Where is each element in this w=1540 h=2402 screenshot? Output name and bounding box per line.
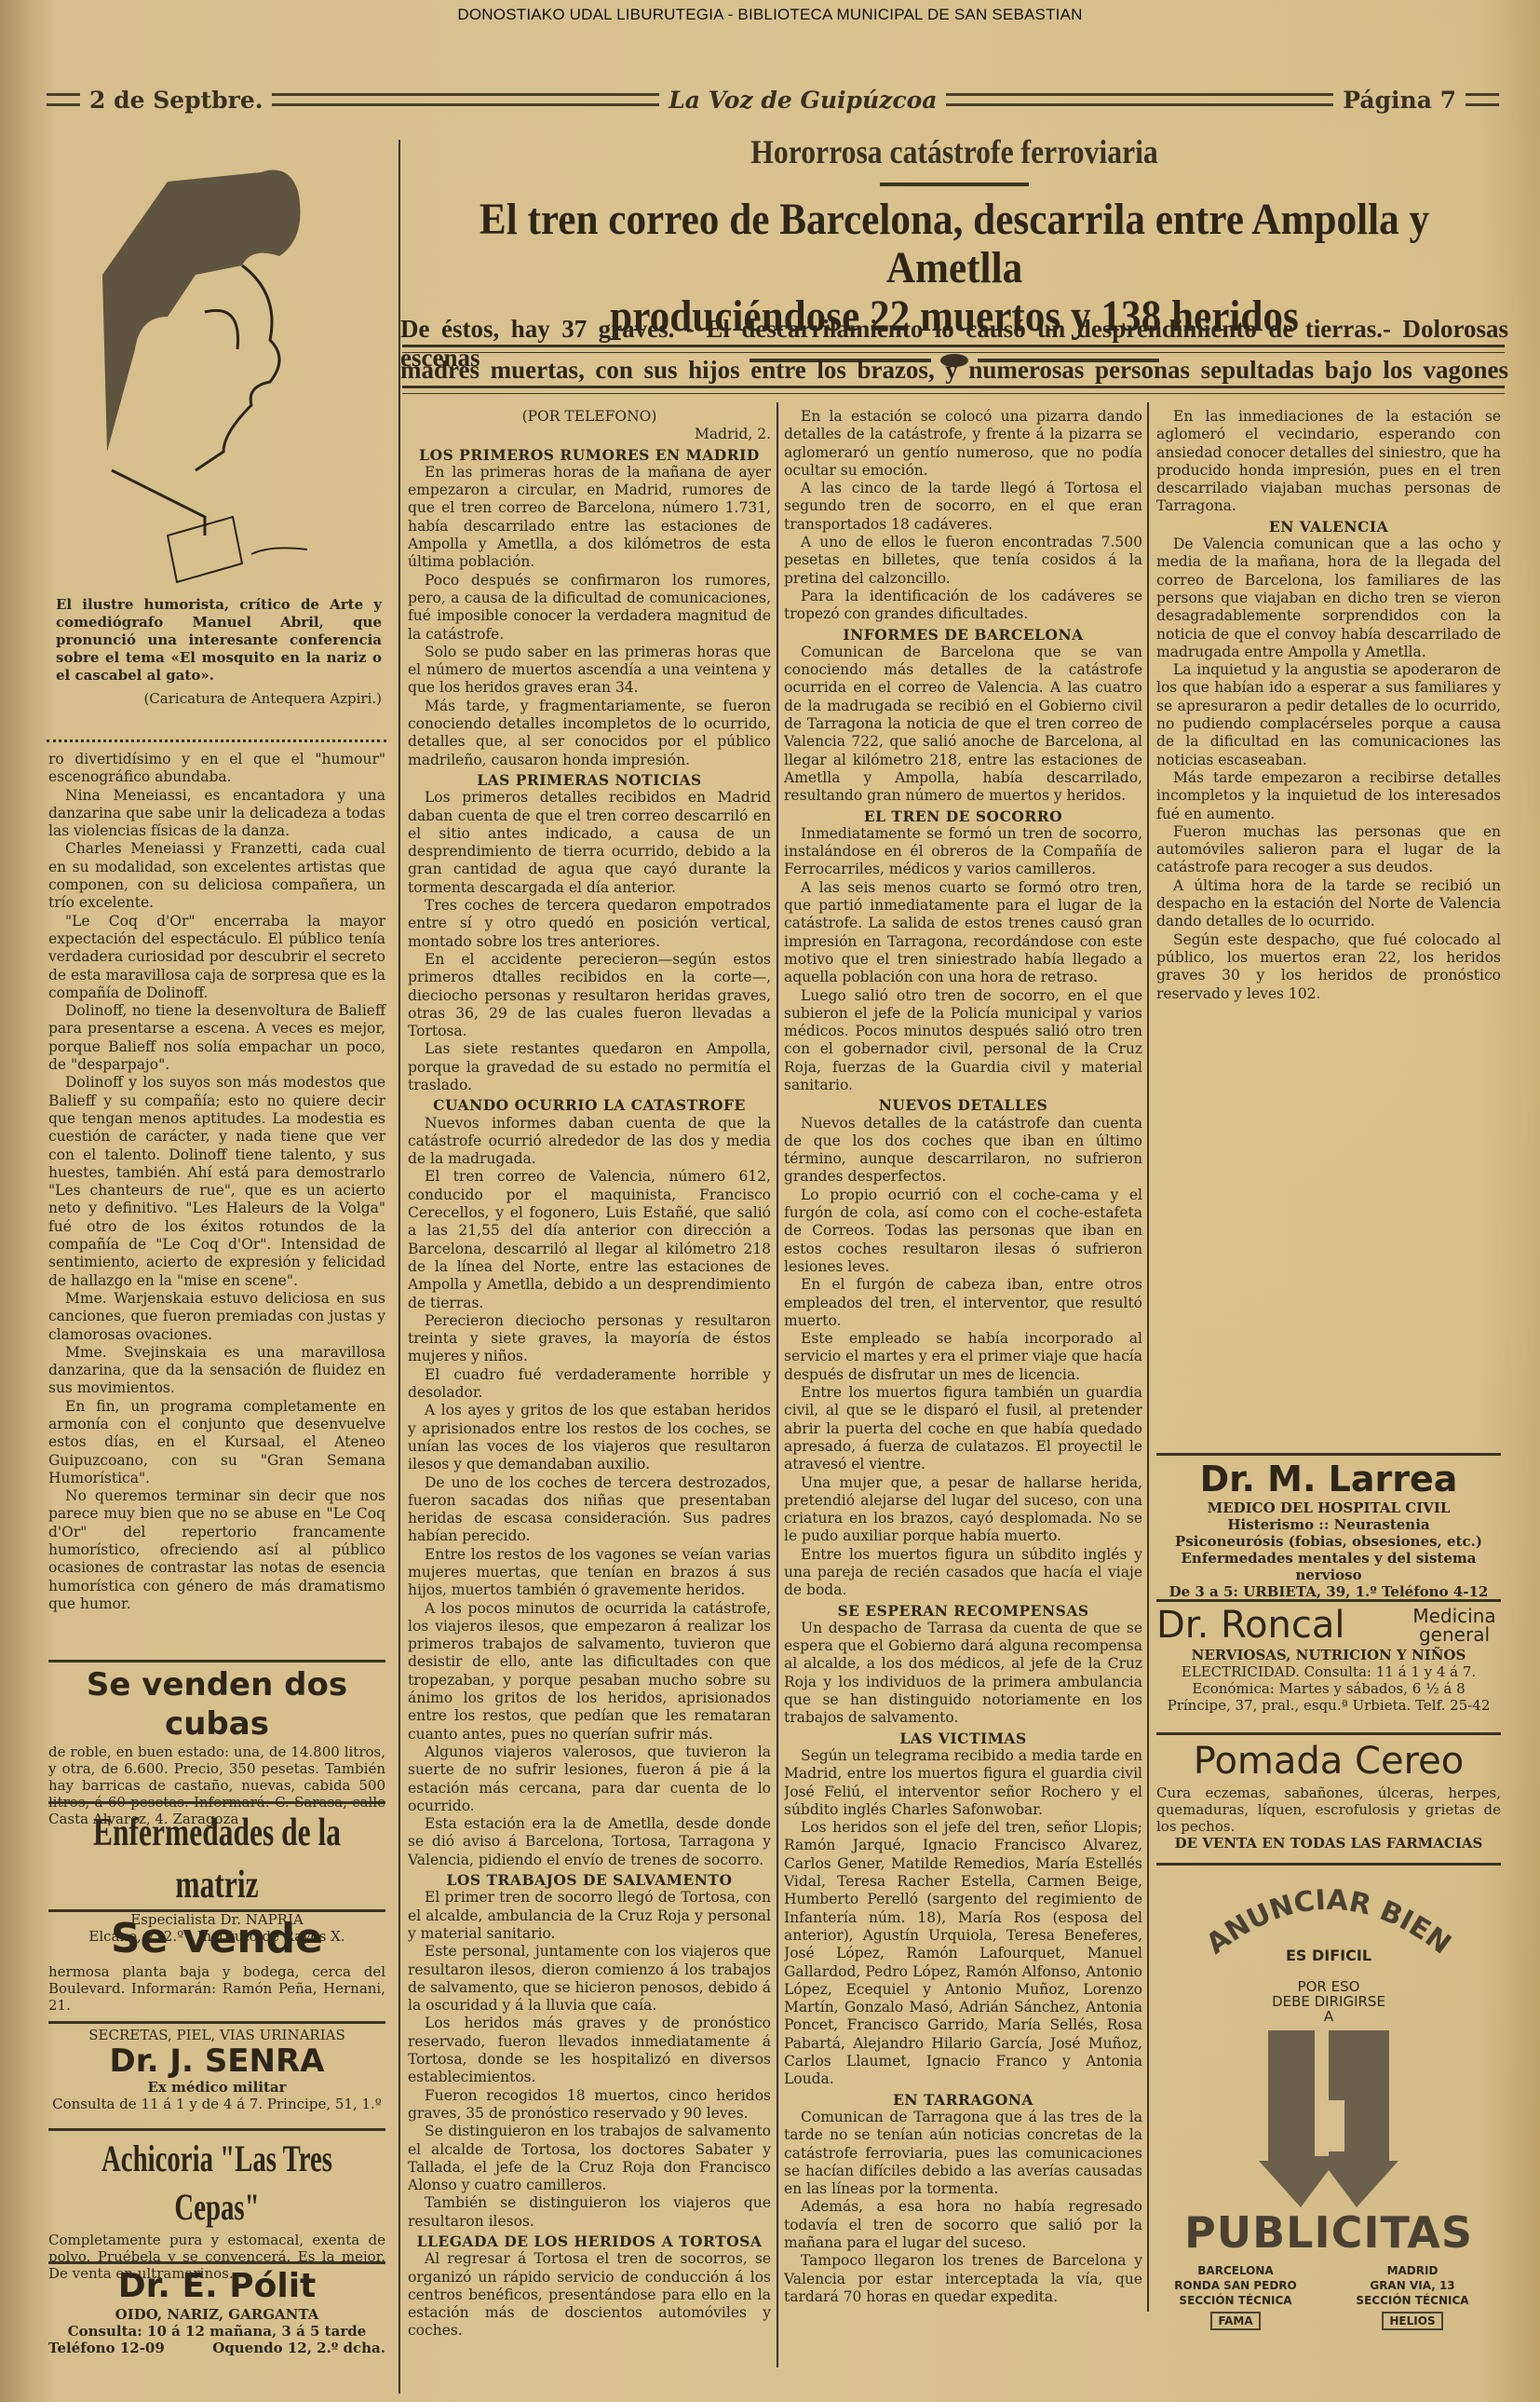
article-paragraph: Se distinguieron en los trabajos de salv…: [408, 2123, 771, 2194]
column-divider: [777, 402, 778, 2368]
ad-publicitas: ANUNCIAR BIEN ES DIFICIL POR ESO DEBE DI…: [1156, 1872, 1501, 2394]
column-divider: [1147, 402, 1149, 2312]
article-paragraph: Inmediatamente se formó un tren de socor…: [784, 825, 1142, 879]
ad-divider: [1156, 1863, 1501, 1869]
ad-title: Dr. M. Larrea: [1156, 1459, 1501, 1500]
review-paragraph: Dolinoff, no tiene la desenvoltura de Ba…: [48, 1002, 385, 1074]
article-paragraph: El primer tren de socorro llegó de Torto…: [408, 1889, 771, 1943]
ad-line: DEBE DIRIGIRSE: [1156, 1994, 1501, 2009]
office-dept: SECCIÓN TÉCNICA: [1156, 2293, 1315, 2308]
section-heading: LAS VICTIMAS: [784, 1730, 1142, 1747]
section-heading: EN VALENCIA: [1156, 518, 1501, 536]
masthead-rule: [272, 93, 659, 106]
ad-line: ELECTRICIDAD. Consulta: 11 á 1 y 4 á 7.: [1156, 1663, 1501, 1680]
review-column: ro divertidísimo y en el que el "humour"…: [48, 751, 385, 1613]
article-paragraph: Los heridos son el jefe del tren, señor …: [784, 1819, 1142, 2088]
ad-brand: PUBLICITAS: [1156, 2207, 1501, 2258]
office-madrid: MADRID GRAN VIA, 13 SECCIÓN TÉCNICA HELI…: [1333, 2263, 1492, 2330]
article-paragraph: Entre los muertos figura un súbdito ingl…: [784, 1546, 1142, 1600]
arc-text: ANUNCIAR BIEN: [1156, 1872, 1501, 1984]
article-paragraph: De Valencia comunican que a las ocho y m…: [1156, 536, 1501, 661]
office-address: GRAN VIA, 13: [1333, 2278, 1492, 2293]
review-paragraph: Nina Meneiassi, es encantadora y una dan…: [48, 787, 385, 841]
ad-phone: Teléfono 12-09: [48, 2340, 165, 2356]
ad-specialty: OIDO, NARIZ, GARGANTA: [48, 2306, 385, 2323]
article-paragraph: En las inmediaciones de la estación se a…: [1156, 408, 1501, 516]
article-paragraph: Poco después se confirmaron los rumores,…: [408, 572, 771, 644]
ad-line: Histerismo :: Neurastenia: [1156, 1516, 1501, 1533]
article-paragraph: Más tarde empezaron a recibirse detalles…: [1156, 769, 1501, 823]
ad-line: A: [1156, 2009, 1501, 2024]
section-heading: LAS PRIMERAS NOTICIAS: [408, 771, 771, 789]
review-paragraph: En fin, un programa completamente en arm…: [48, 1398, 385, 1487]
review-paragraph: ro divertidísimo y en el que el "humour"…: [48, 751, 385, 787]
ad-line: De 3 a 5: URBIETA, 39, 1.º Teléfono 4-12: [1156, 1583, 1501, 1600]
article-paragraph: Para la identificación de los cadáveres …: [784, 588, 1142, 624]
article-paragraph: En el accidente perecieron—según estos p…: [408, 951, 771, 1040]
article-paragraph: A los pocos minutos de ocurrida la catás…: [408, 1600, 771, 1744]
headline-kicker: Hororrosa catástrofe ferroviaria: [466, 132, 1441, 171]
headline-title-1: El tren correo de Barcelona, descarrila …: [456, 196, 1453, 292]
article-paragraph: A las seis menos cuarto se formó otro tr…: [784, 879, 1142, 987]
ad-body: hermosa planta baja y bodega, cerca del …: [48, 1963, 385, 2014]
ad-polit: Dr. E. Pólit OIDO, NARIZ, GARGANTA Consu…: [48, 2267, 385, 2356]
article-paragraph: Fueron recogidos 18 muertos, cinco herid…: [408, 2087, 771, 2124]
ad-title: Achicoria "Las Tres Cepas": [96, 2135, 339, 2232]
office-badge: HELIOS: [1382, 2312, 1442, 2330]
ad-title: Dr. J. SENRA: [48, 2043, 385, 2079]
ad-pomada: Pomada Cereo Cura eczemas, sabañones, úl…: [1156, 1738, 1501, 1852]
article-paragraph: Los primeros detalles recibidos en Madri…: [408, 789, 771, 897]
ad-line: Económica: Martes y sábados, 6 ½ á 8: [1156, 1680, 1501, 1697]
section-heading: LOS TRABAJOS DE SALVAMENTO: [408, 1871, 771, 1889]
review-paragraph: Mme. Warjenskaia estuvo deliciosa en sus…: [48, 1290, 385, 1344]
office-barcelona: BARCELONA RONDA SAN PEDRO SECCIÓN TÉCNIC…: [1156, 2263, 1315, 2330]
subhead-rule: [402, 345, 1505, 353]
caption-text: El ilustre humorista, crítico de Arte y …: [56, 596, 382, 685]
article-paragraph: Más tarde, y fragmentariamente, se fuero…: [408, 698, 771, 769]
section-heading: LOS PRIMEROS RUMORES EN MADRID: [408, 446, 771, 464]
article-paragraph: El tren correo de Valencia, número 612, …: [408, 1168, 771, 1311]
article-paragraph: También se distinguieron los viajeros qu…: [408, 2194, 771, 2231]
article-paragraph: En el furgón de cabeza iban, entre otros…: [784, 1276, 1142, 1330]
ad-body: Consulta de 11 á 1 y de 4 á 7. Principe,…: [48, 2096, 385, 2112]
ad-line: ES DIFICIL: [1156, 1947, 1501, 1964]
section-heading: LLEGADA DE LOS HERIDOS A TORTOSA: [408, 2232, 771, 2250]
section-heading: EN TARRAGONA: [784, 2091, 1142, 2109]
article-paragraph: El cuadro fué verdaderamente horrible y …: [408, 1366, 771, 1403]
ad-address: Oquendo 12, 2.º dcha.: [212, 2340, 385, 2356]
section-heading: CUANDO OCURRIO LA CATASTROFE: [408, 1096, 771, 1114]
ad-body: Cura eczemas, sabañones, úlceras, herpes…: [1156, 1785, 1501, 1835]
ad-line: POR ESO: [1156, 1979, 1501, 1994]
article-paragraph: Este empleado se había incorporado al se…: [784, 1330, 1142, 1384]
office-city: MADRID: [1333, 2263, 1492, 2278]
ad-senra: SECRETAS, PIEL, VIAS URINARIAS Dr. J. SE…: [48, 2027, 385, 2112]
review-paragraph: No queremos terminar sin decir que nos p…: [48, 1487, 385, 1613]
masthead-rule: [946, 93, 1333, 106]
ad-title: Dr. E. Pólit: [48, 2267, 385, 2306]
ad-header: Dr. Roncal Medicina general: [1156, 1604, 1501, 1647]
article-paragraph: Nuevos detalles de la catástrofe dan cue…: [784, 1115, 1142, 1187]
article-paragraph: Comunican de Barcelona que se van conoci…: [784, 644, 1142, 806]
review-paragraph: Charles Meneiassi y Franzetti, cada cual…: [48, 840, 385, 912]
ad-se-vende: Se vende hermosa planta baja y bodega, c…: [48, 1915, 385, 2014]
ad-subtitle: Ex médico militar: [48, 2079, 385, 2096]
wavy-divider: [47, 734, 386, 742]
ad-line: Psiconeurósis (fobias, obsesiones, etc.)…: [1156, 1533, 1501, 1583]
article-paragraph: En las primeras horas de la mañana de ay…: [408, 464, 771, 572]
article-column-2: En la estación se colocó una pizarra dan…: [784, 408, 1142, 2373]
ad-divider: [48, 2128, 385, 2135]
review-paragraph: Dolinoff y los suyos son más modestos qu…: [48, 1074, 385, 1290]
article-paragraph: Perecieron dieciocho personas y resultar…: [408, 1312, 771, 1366]
section-heading: NUEVOS DETALLES: [784, 1096, 1142, 1114]
article-paragraph: Tres coches de tercera quedaron empotrad…: [408, 897, 771, 951]
subheadline-2: madres muertas, con sus hijos entre los …: [400, 356, 1508, 385]
ad-title: Se venden dos cubas: [48, 1665, 385, 1744]
office-address: RONDA SAN PEDRO: [1156, 2278, 1315, 2293]
article-paragraph: Lo propio ocurrió con el coche-cama y el…: [784, 1187, 1142, 1276]
article-paragraph: A las cinco de la tarde llegó á Tortosa …: [784, 480, 1142, 534]
ad-contact: Teléfono 12-09 Oquendo 12, 2.º dcha.: [48, 2340, 385, 2356]
review-paragraph: "Le Coq d'Or" encerraba la mayor expecta…: [48, 913, 385, 1002]
ad-side: Medicina general: [1408, 1607, 1501, 1644]
article-paragraph: Según un telegrama recibido a media tard…: [784, 1747, 1142, 1819]
column-divider: [399, 140, 400, 2394]
article-paragraph: A los ayes y gritos de los que estaban h…: [408, 1402, 771, 1473]
masthead-date: 2 de Septbre.: [89, 87, 263, 114]
article-paragraph: Luego salió otro tren de socorro, en el …: [784, 987, 1142, 1095]
article-paragraph: Un despacho de Tarrasa da cuenta de que …: [784, 1620, 1142, 1728]
masthead-rule: [47, 93, 80, 106]
article-paragraph: Este personal, juntamente con los viajer…: [408, 1943, 771, 2015]
article-paragraph: Según este despacho, que fué colocado al…: [1156, 931, 1501, 1003]
office-dept: SECCIÓN TÉCNICA: [1333, 2293, 1492, 2308]
article-paragraph: De uno de los coches de tercera destroza…: [408, 1474, 771, 1546]
article-paragraph: Al regresar á Tortosa el tren de socorro…: [408, 2250, 771, 2340]
caricature-portrait-icon: [65, 154, 344, 591]
ad-title: Se vende: [48, 1915, 385, 1963]
article-paragraph: La inquietud y la angustia se apoderaron…: [1156, 661, 1501, 769]
subhead-rule: [402, 386, 1505, 394]
double-arrow-down-icon: [1259, 2030, 1398, 2207]
ad-roncal: Dr. Roncal Medicina general NERVIOSAS, N…: [1156, 1604, 1501, 1714]
review-paragraph: Mme. Svejinskaia es una maravillosa danz…: [48, 1344, 385, 1398]
article-column-1: (POR TELEFONO)Madrid, 2.LOS PRIMEROS RUM…: [408, 408, 771, 2392]
article-paragraph: Una mujer que, a pesar de hallarse herid…: [784, 1474, 1142, 1546]
article-paragraph: Comunican de Tarragona que á las tres de…: [784, 2109, 1142, 2198]
dateline-source: (POR TELEFONO): [408, 408, 771, 426]
article-paragraph: Las siete restantes quedaron en Ampolla,…: [408, 1040, 771, 1094]
office-city: BARCELONA: [1156, 2263, 1315, 2278]
section-heading: INFORMES DE BARCELONA: [784, 626, 1142, 644]
ad-line: Príncipe, 37, pral., esqu.ª Urbieta. Tel…: [1156, 1697, 1501, 1714]
office-badge: FAMA: [1210, 2312, 1260, 2330]
kicker-rule: [880, 183, 1029, 186]
ad-kicker: SECRETAS, PIEL, VIAS URINARIAS: [48, 2027, 385, 2043]
section-heading: EL TREN DE SOCORRO: [784, 807, 1142, 825]
article-paragraph: Tampoco llegaron los trenes de Barcelona…: [784, 2252, 1142, 2306]
article-paragraph: Los heridos más graves y de pronóstico r…: [408, 2015, 771, 2086]
article-paragraph: Además, a esa hora no había regresado to…: [784, 2198, 1142, 2252]
masthead: 2 de Septbre. La Voz de Guipúzcoa Página…: [47, 86, 1499, 114]
masthead-rule: [1466, 93, 1499, 106]
ad-title: Pomada Cereo: [1156, 1738, 1501, 1785]
newspaper-name: La Voz de Guipúzcoa: [669, 87, 937, 114]
article-column-3: En las inmediaciones de la estación se a…: [1156, 408, 1501, 1432]
article-paragraph: Fueron muchas las personas que en automó…: [1156, 823, 1501, 877]
ad-title: Dr. Roncal: [1156, 1604, 1344, 1647]
ad-footer: DE VENTA EN TODAS LAS FARMACIAS: [1156, 1835, 1501, 1852]
ad-line-group: POR ESO DEBE DIRIGIRSE A: [1156, 1979, 1501, 2024]
page-number: Página 7: [1343, 87, 1456, 114]
article-paragraph: Solo se pudo saber en las primeras horas…: [408, 644, 771, 698]
section-heading: SE ESPERAN RECOMPENSAS: [784, 1602, 1142, 1620]
article-paragraph: Entre los restos de los vagones se veían…: [408, 1546, 771, 1600]
ad-hours: Consulta: 10 á 12 mañana, 3 á 5 tarde: [48, 2323, 385, 2340]
article-paragraph: Algunos viajeros valerosos, que tuvieron…: [408, 1744, 771, 1815]
article-paragraph: A uno de ellos le fueron encontradas 7.5…: [784, 534, 1142, 588]
article-paragraph: Entre los muertos figura también un guar…: [784, 1384, 1142, 1473]
ad-line: NERVIOSAS, NUTRICION Y NIÑOS: [1156, 1647, 1501, 1663]
ad-achicoria: Achicoria "Las Tres Cepas" Completamente…: [48, 2135, 385, 2282]
article-paragraph: Esta estación era la de Ametlla, desde d…: [408, 1815, 771, 1869]
library-header: DONOSTIAKO UDAL LIBURUTEGIA - BIBLIOTECA…: [0, 6, 1540, 24]
ad-line: MEDICO DEL HOSPITAL CIVIL: [1156, 1500, 1501, 1516]
article-paragraph: Nuevos informes daban cuenta de que la c…: [408, 1115, 771, 1169]
ad-title: Enfermedades de la matriz: [90, 1807, 344, 1911]
dateline: Madrid, 2.: [408, 426, 771, 443]
caricature-caption: El ilustre humorista, crítico de Arte y …: [56, 596, 382, 708]
ad-larrea: Dr. M. Larrea MEDICO DEL HOSPITAL CIVIL …: [1156, 1459, 1501, 1600]
article-paragraph: En la estación se colocó una pizarra dan…: [784, 408, 1142, 480]
article-paragraph: A última hora de la tarde se recibió un …: [1156, 877, 1501, 931]
caricature-credit: (Caricatura de Antequera Azpiri.): [56, 690, 382, 708]
